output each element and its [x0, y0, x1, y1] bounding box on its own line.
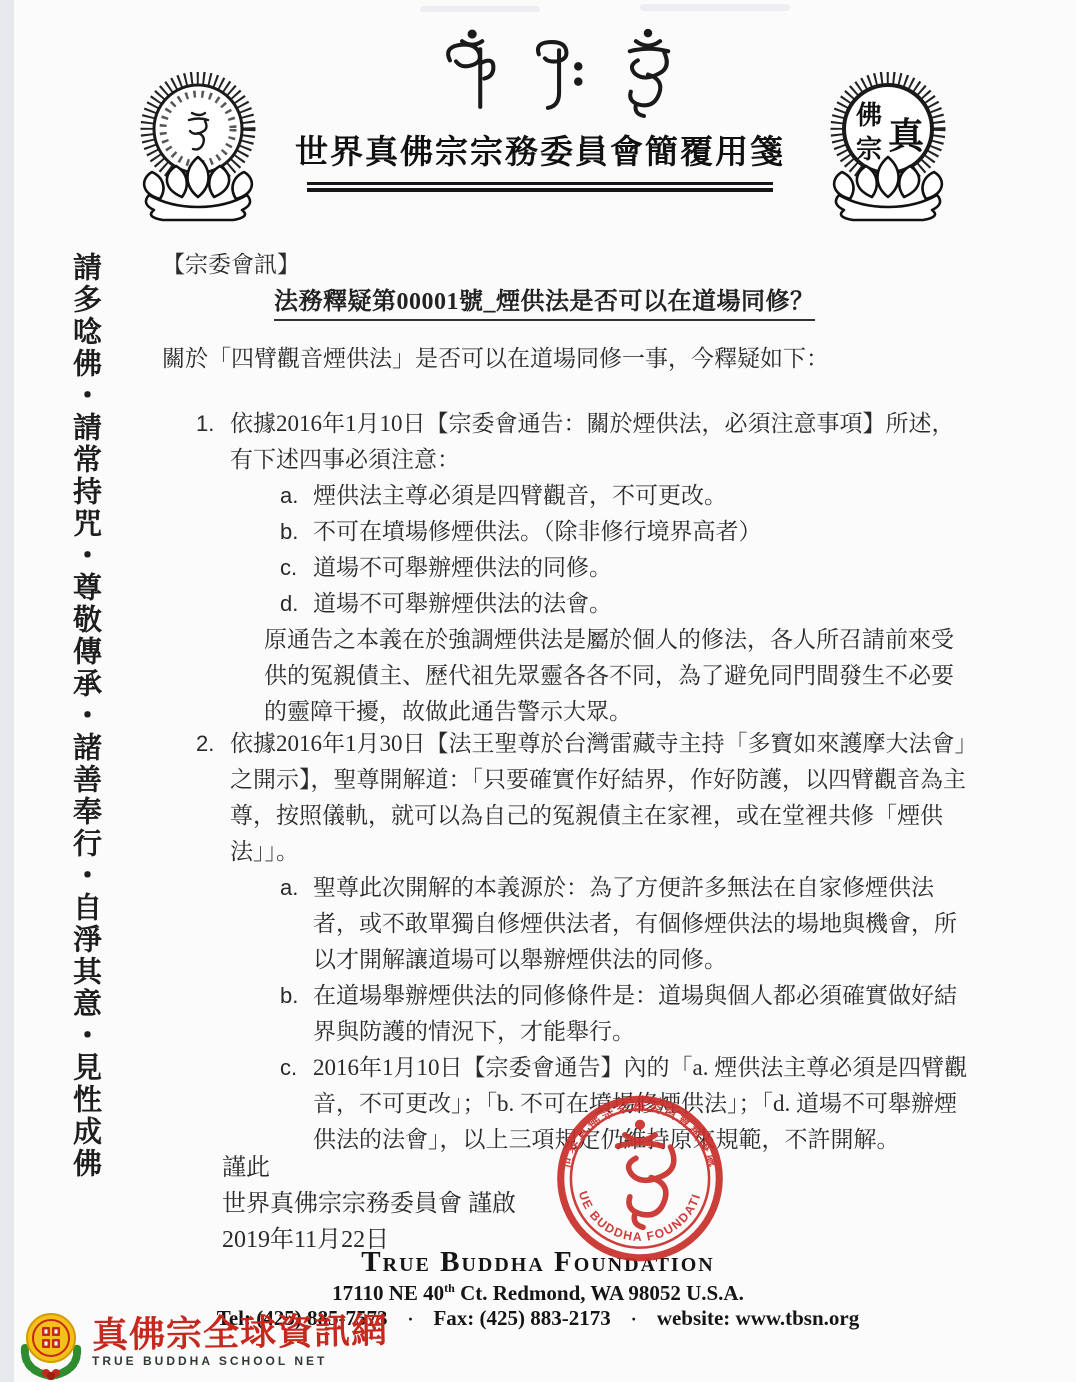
subitem-label: c.: [280, 1050, 313, 1086]
vertical-motto-text: 請多唸佛・請常持咒・尊敬傳承・諸善奉行・自淨其意・見性成佛: [46, 252, 106, 1202]
om-ah-hum-seed-syllables-icon: [418, 26, 688, 122]
subitem-label: a.: [280, 870, 313, 906]
closing-block: 謹此 世界真佛宗宗務委員會 謹啟 2019年11月22日: [222, 1150, 516, 1258]
subitem-text: 在道場舉辦煙供法的同修條件是：道場與個人都必須確實做好結界與防護的情況下，才能舉…: [313, 978, 968, 1050]
scan-edge: [0, 0, 14, 1382]
seal-hum-syllable-icon: [618, 1121, 674, 1228]
letterhead-title: 世界真佛宗宗務委員會簡覆用箋: [278, 126, 802, 173]
closing-signature: 世界真佛宗宗務委員會 謹啟: [222, 1186, 516, 1222]
closing-salutation: 謹此: [222, 1150, 516, 1186]
item-1-number: 1.: [196, 406, 230, 442]
svg-text:世界真佛宗宗務委員會辦事處: 世界真佛宗宗務委員會辦事處: [559, 1097, 723, 1170]
address-part: Ct. Redmond, WA 98052 U.S.A.: [455, 1281, 744, 1305]
subitem-label: b.: [280, 978, 313, 1014]
subitem-row: b. 不可在墳場修煙供法。（除非修行境界高者）: [280, 514, 968, 550]
item-1-lead: 依據2016年1月10日【宗委會通告：關於煙供法，必須注意事項】所述，有下述四事…: [230, 406, 968, 478]
subitem-text: 聖尊此次開解的本義源於：為了方便許多無法在自家修煙供法者，或不敢單獨自修煙供法者…: [313, 870, 968, 978]
item-2-number: 2.: [196, 726, 230, 762]
subitem-text: 道場不可舉辦煙供法的法會。: [313, 586, 968, 622]
subitem-row: d. 道場不可舉辦煙供法的法會。: [280, 586, 968, 622]
title-double-rule: [307, 182, 773, 192]
emblem-char-fo: 佛: [856, 100, 882, 130]
subitem-text: 道場不可舉辦煙供法的同修。: [313, 550, 968, 586]
scanned-letter-page: 請多唸佛・請常持咒・尊敬傳承・諸善奉行・自淨其意・見性成佛: [0, 0, 1076, 1382]
separator-dot: ·: [631, 1309, 637, 1329]
intro-paragraph: 關於「四臂觀音煙供法」是否可以在道場同修一事，今釋疑如下：: [162, 340, 829, 373]
emblem-char-zong: 宗: [856, 134, 882, 164]
subitem-row: a. 聖尊此次開解的本義源於：為了方便許多無法在自家修煙供法者，或不敢單獨自修煙…: [280, 870, 968, 978]
subitem-label: b.: [280, 514, 313, 550]
emblem-char-zhen: 真: [888, 115, 926, 156]
subitem-label: a.: [280, 478, 313, 514]
subitem-row: b. 在道場舉辦煙供法的同修條件是：道場與個人都必須確實做好結界與防護的情況下，…: [280, 978, 968, 1050]
zhenfozong-lotus-emblem-icon: 真 佛 宗: [822, 72, 954, 222]
section-tag: 【宗委會訊】: [162, 246, 300, 279]
scan-smudge: [420, 6, 540, 12]
subject-line: 法務釋疑第00001號_煙供法是否可以在道場同修？: [274, 281, 815, 321]
item-2-lead: 依據2016年1月30日【法王聖尊於台灣雷藏寺主持「多寶如來護摩大法會」之開示】…: [230, 726, 968, 870]
item-1-sublist: a. 煙供法主尊必須是四臂觀音，不可更改。 b. 不可在墳場修煙供法。（除非修行…: [280, 478, 968, 622]
tbsn-emblem-icon: [16, 1310, 86, 1382]
subitem-row: a. 煙供法主尊必須是四臂觀音，不可更改。: [280, 478, 968, 514]
subitem-text: 不可在墳場修煙供法。（除非修行境界高者）: [313, 514, 968, 550]
seal-top-text: 世界真佛宗宗務委員會辦事處: [559, 1097, 723, 1170]
subitem-text: 煙供法主尊必須是四臂觀音，不可更改。: [313, 478, 968, 514]
tbsn-english-name: TRUE BUDDHA SCHOOL NET: [92, 1354, 388, 1368]
tbsn-logo: 真佛宗全球資訊網 TRUE BUDDHA SCHOOL NET: [16, 1310, 388, 1382]
item-1-note: 原通告之本義在於強調煙供法是屬於個人的修法，各人所召請前來受供的冤親債主、歷代祖…: [264, 622, 968, 730]
address-superscript: th: [444, 1281, 455, 1295]
subitem-row: c. 道場不可舉辦煙供法的同修。: [280, 550, 968, 586]
separator-dot: ·: [407, 1309, 413, 1329]
address-part: 17110 NE 40: [332, 1281, 444, 1305]
fax-text: Fax: (425) 883-2173: [433, 1306, 610, 1330]
tbsn-chinese-name: 真佛宗全球資訊網: [92, 1311, 389, 1354]
subitem-label: d.: [280, 586, 313, 622]
website-text: website: www.tbsn.org: [657, 1306, 859, 1330]
subitem-label: c.: [280, 550, 313, 586]
lotus-mirror-emblem-icon: [132, 72, 264, 222]
numbered-item-1: 1. 依據2016年1月10日【宗委會通告：關於煙供法，必須注意事項】所述，有下…: [196, 406, 968, 730]
footer-address: 17110 NE 40th Ct. Redmond, WA 98052 U.S.…: [0, 1281, 1076, 1306]
true-buddha-foundation-seal-icon: 世界真佛宗宗務委員會辦事處 TRUE BUDDHA FOUNDATION: [538, 1082, 742, 1270]
tbsn-logo-texts: 真佛宗全球資訊網 TRUE BUDDHA SCHOOL NET: [92, 1310, 388, 1368]
scan-smudge: [640, 4, 790, 11]
